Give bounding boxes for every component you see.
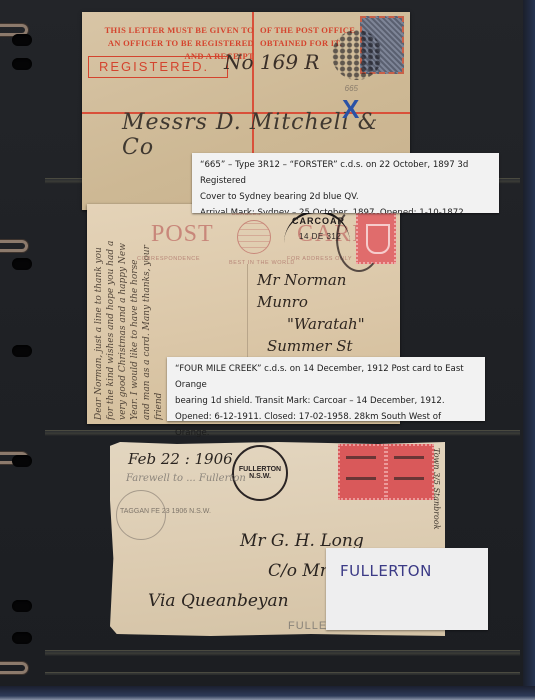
label-line: “FOUR MILE CREEK” c.d.s. on 14 December,… [175, 361, 477, 393]
label-line: Cover to Sydney bearing 2d blue QV. [200, 189, 491, 205]
description-label-2: “FOUR MILE CREEK” c.d.s. on 14 December,… [167, 357, 485, 421]
binder-ring [0, 662, 28, 674]
backstamp-text: TAGGAN FE 23 1906 N.S.W. [120, 508, 211, 515]
punch-hole [12, 600, 32, 612]
sleeve-strip [45, 672, 520, 675]
description-label-1: “665” – Type 3R12 – “FORSTER” c.d.s. on … [192, 153, 499, 213]
handwritten-label-card: FULLERTON [326, 548, 488, 630]
punch-hole [12, 345, 32, 357]
punch-hole [12, 632, 32, 644]
correspondence-label: Correspondence [137, 256, 200, 262]
binder-ring [0, 240, 28, 252]
label-text: FULLERTON [340, 562, 432, 580]
album-page: This Letter must be given to an Officer … [0, 0, 535, 700]
handwritten-date: Feb 22 : 1906. [128, 450, 237, 468]
blue-cross-mark: X [342, 94, 359, 125]
binder-edge-bottom [0, 686, 535, 700]
binder-edge-right [523, 0, 535, 700]
four-mile-creek-postmark [336, 206, 382, 272]
pencil-note: 665 [345, 84, 358, 93]
best-in-world-label: Best in the World [229, 260, 295, 266]
label-line: Arrival Mark: Sydney – 25 October, 1897.… [200, 205, 491, 213]
address-line: Mr Norman Munro [257, 269, 400, 313]
punch-hole [12, 34, 32, 46]
label-line: bearing 1d shield. Transit Mark: Carcoar… [175, 393, 477, 409]
address-line: Summer St [257, 335, 400, 357]
globe-logo-icon [237, 220, 271, 254]
sleeve-strip [45, 650, 520, 656]
registered-box: REGISTERED. [88, 56, 228, 78]
registration-number: No 169 R [224, 50, 320, 74]
punch-hole [12, 455, 32, 467]
carcoar-postmark-date: 14 DE 312 [299, 232, 341, 241]
pencil-notes: Farewell to ... Fullerton [126, 472, 246, 486]
punch-hole [12, 258, 32, 270]
printed-post: POST [151, 221, 214, 248]
numeral-cancel [332, 30, 382, 80]
label-line: “665” – Type 3R12 – “FORSTER” c.d.s. on … [200, 157, 491, 189]
punch-hole [12, 58, 32, 70]
stamp-1d-red [338, 444, 386, 500]
label-line: Opened: 6-12-1911. Closed: 17-02-1958. 2… [175, 409, 477, 441]
address-line: "Waratah" [257, 313, 400, 335]
